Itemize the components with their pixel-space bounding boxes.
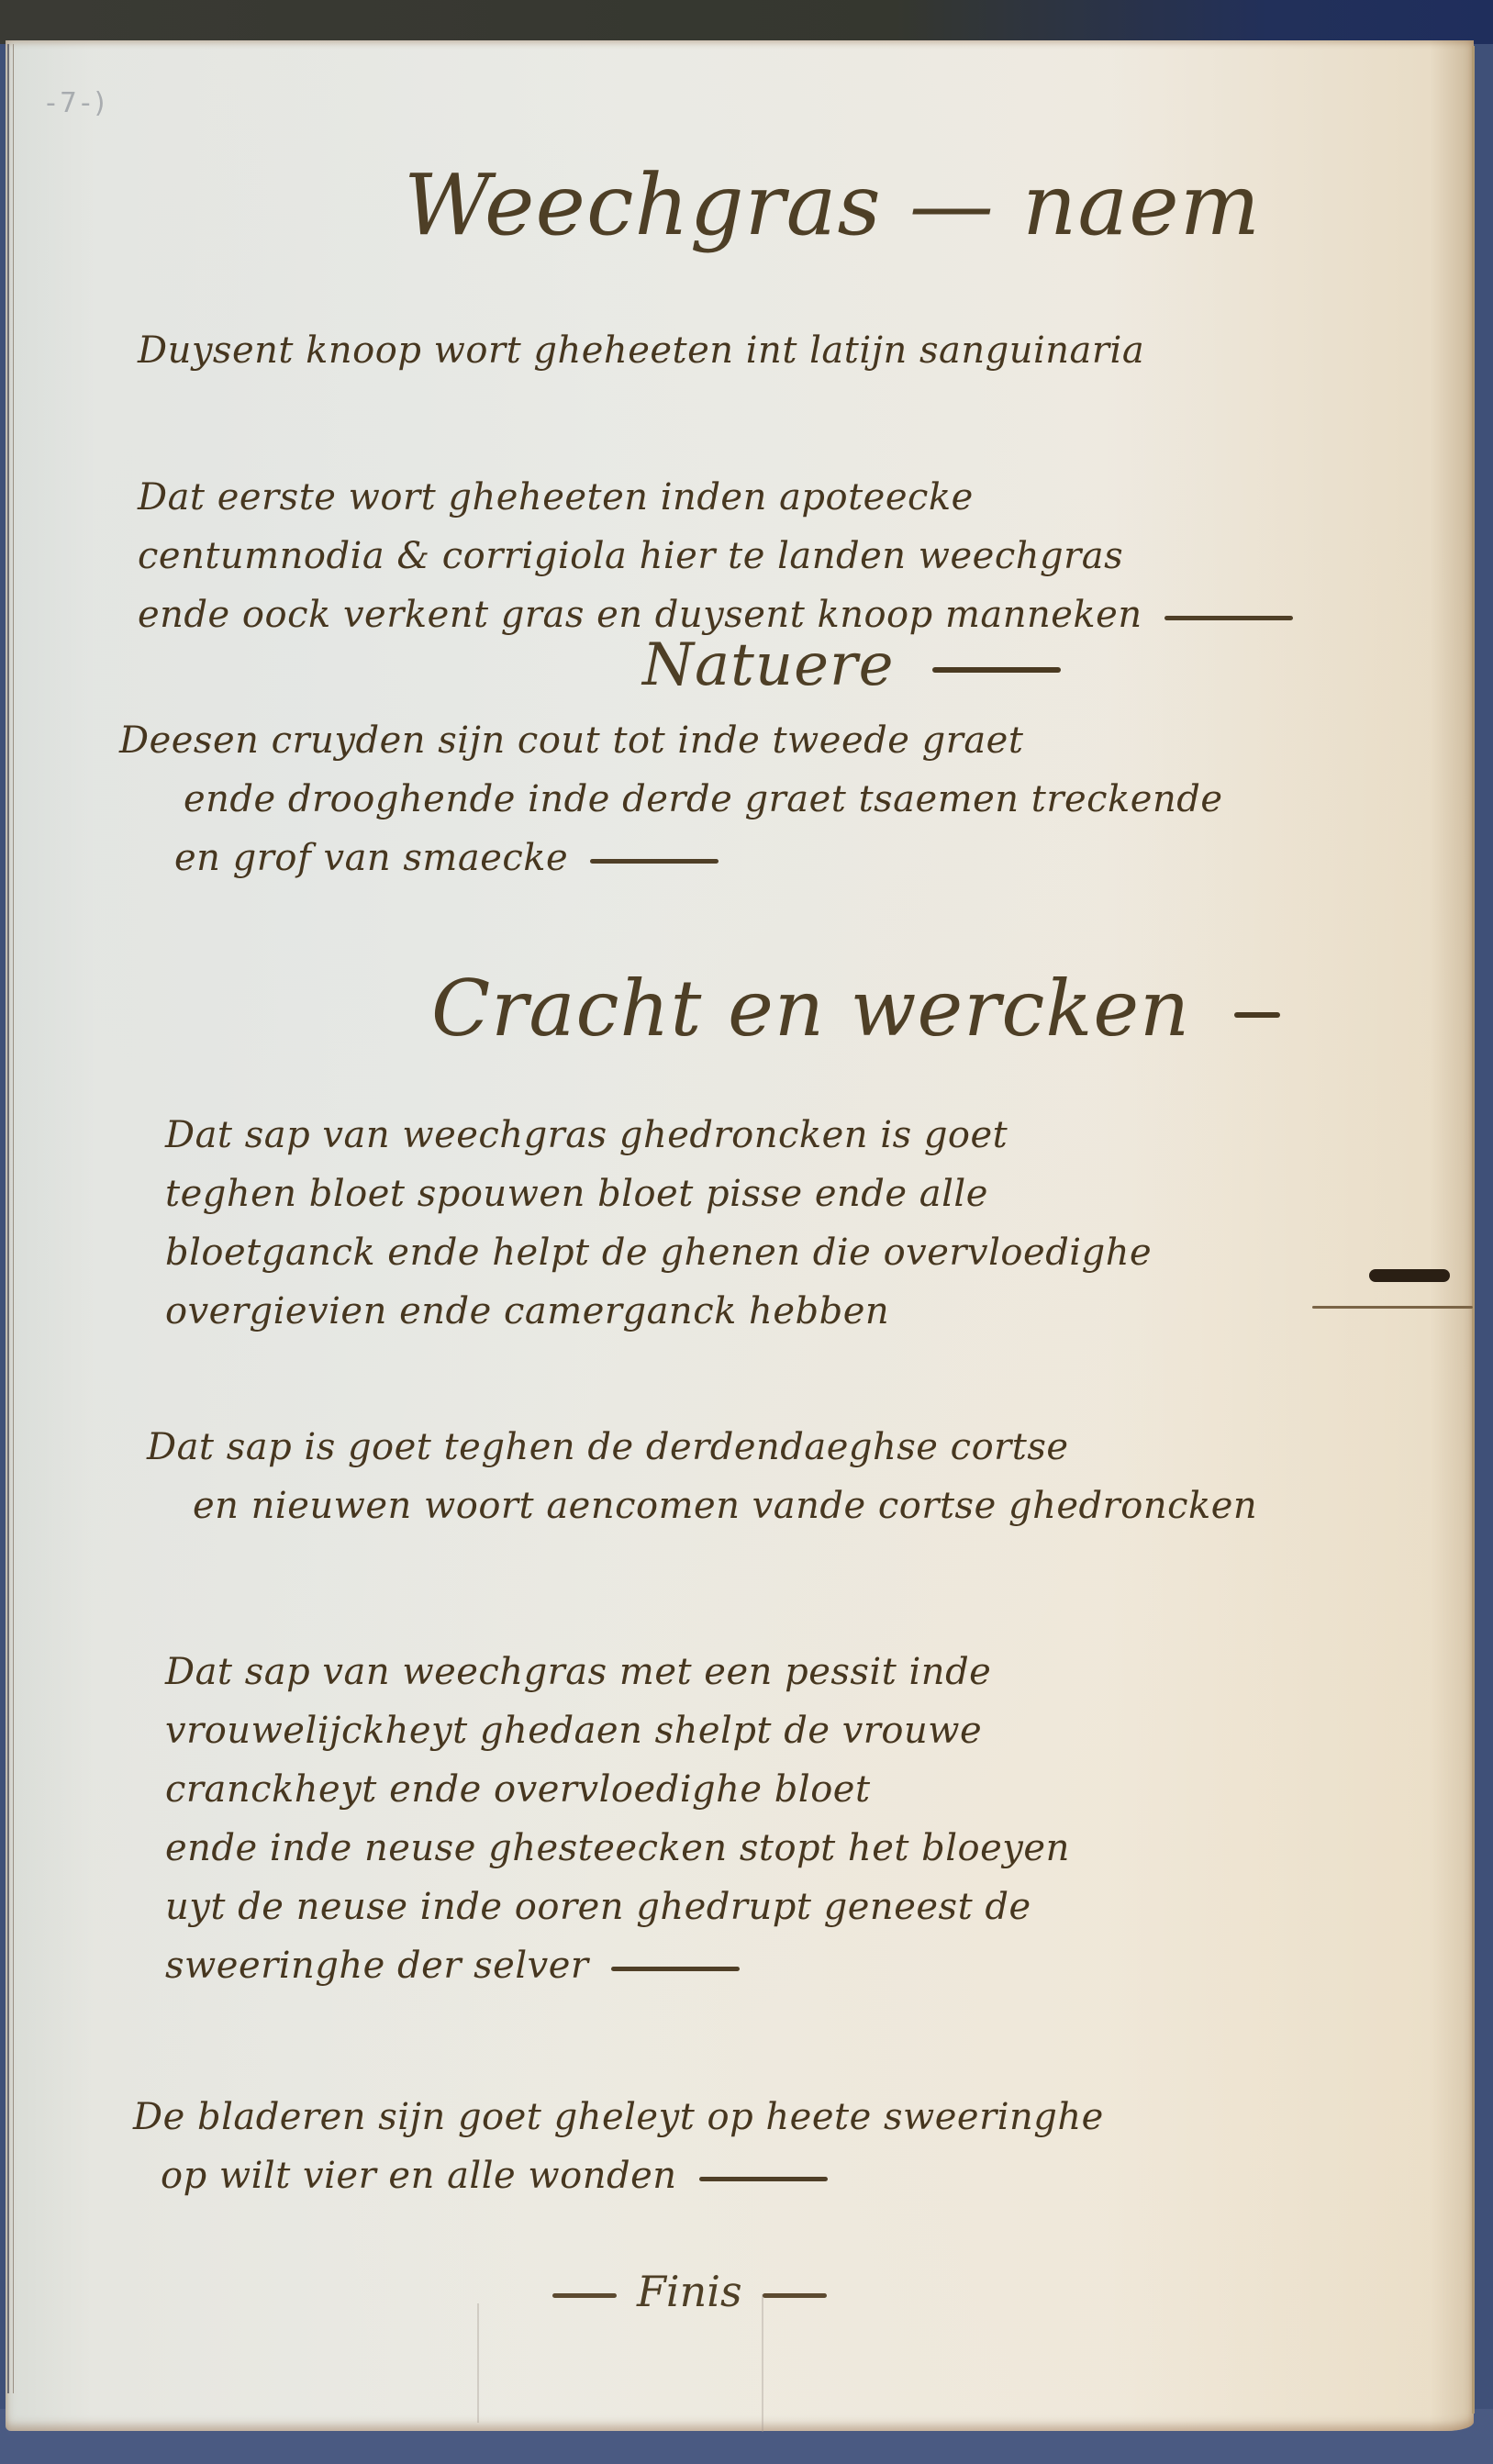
text-line: Dat sap van weechgras met een pessit ind… — [165, 1643, 1070, 1701]
paragraph: Dat eerste wort gheheeten inden apoteeck… — [138, 468, 1293, 644]
closing-finis: Finis — [532, 2267, 847, 2316]
text-line-content: ende oock verkent gras en duysent knoop … — [138, 594, 1142, 636]
closing-dash-right — [763, 2293, 827, 2298]
paragraph: Dat sap van weechgras ghedroncken is goe… — [165, 1106, 1152, 1341]
paragraph: De bladeren sijn goet gheleyt op heete s… — [133, 2088, 1104, 2205]
text-line-content: en grof van smaecke — [174, 837, 568, 879]
section-heading-powers: Cracht en wercken — [431, 964, 1280, 1054]
text-line: Dat eerste wort gheheeten inden apoteeck… — [138, 468, 1293, 527]
text-line: Dat sap is goet teghen de derdendaeghse … — [147, 1418, 1257, 1477]
heading-dash — [1234, 1012, 1280, 1018]
text-line: ende inde neuse ghesteecken stopt het bl… — [165, 1819, 1070, 1878]
text-line: Dat sap van weechgras ghedroncken is goe… — [165, 1106, 1152, 1165]
text-line: vrouwelijckheyt ghedaen shelpt de vrouwe — [165, 1701, 1070, 1760]
pencil-annotation: -7-) — [46, 87, 108, 119]
line-filler-dash — [1164, 616, 1293, 620]
line-filler-dash — [590, 859, 719, 864]
text-line: op wilt vier en alle wonden — [133, 2146, 1104, 2205]
text-line: Deesen cruyden sijn cout tot inde tweede… — [119, 711, 1223, 770]
section-heading-nature: Natuere — [642, 631, 1061, 699]
page-edge-right — [1472, 46, 1475, 2414]
text-line: sweeringhe der selver — [165, 1936, 1070, 1995]
text-line: en nieuwen woort aencomen vande cortse g… — [147, 1477, 1257, 1535]
book-binding-top — [0, 0, 1493, 44]
line-filler-dash — [699, 2177, 828, 2181]
text-line: en grof van smaecke — [119, 829, 1223, 887]
heading-dash — [932, 667, 1061, 673]
text-line: bloetganck ende helpt de ghenen die over… — [165, 1223, 1152, 1282]
text-line: overgievien ende camerganck hebben — [165, 1282, 1152, 1341]
text-line: uyt de neuse inde ooren ghedrupt geneest… — [165, 1878, 1070, 1936]
text-line-content: sweeringhe der selver — [165, 1945, 589, 1987]
text-line: ende drooghende inde derde graet tsaemen… — [119, 770, 1223, 829]
heading-text: Weechgras — naem — [404, 156, 1261, 254]
paragraph: Dat sap van weechgras met een pessit ind… — [165, 1643, 1070, 1995]
paper-crease — [477, 2303, 479, 2423]
text-line: Duysent knoop wort gheheeten int latijn … — [138, 321, 1144, 380]
text-line-content: op wilt vier en alle wonden — [161, 2155, 677, 2197]
text-line: cranckheyt ende overvloedighe bloet — [165, 1760, 1070, 1819]
section-heading-name: Weechgras — naem — [404, 156, 1261, 254]
line-filler-dash — [611, 1967, 740, 1971]
closing-dash-left — [552, 2293, 617, 2298]
text-line: teghen bloet spouwen bloet pisse ende al… — [165, 1165, 1152, 1223]
paragraph: Duysent knoop wort gheheeten int latijn … — [138, 321, 1144, 380]
closing-text: Finis — [637, 2267, 742, 2316]
line-filler-dash — [1312, 1306, 1473, 1309]
heading-text: Natuere — [642, 631, 894, 699]
text-line: centumnodia & corrigiola hier te landen … — [138, 527, 1293, 585]
paragraph: Deesen cruyden sijn cout tot inde tweede… — [119, 711, 1223, 887]
page-stack-edge-left — [7, 44, 14, 2393]
heading-text: Cracht en wercken — [431, 964, 1190, 1054]
ink-stroke — [1369, 1269, 1450, 1282]
paragraph: Dat sap is goet teghen de derdendaeghse … — [147, 1418, 1257, 1535]
text-line: De bladeren sijn goet gheleyt op heete s… — [133, 2088, 1104, 2146]
